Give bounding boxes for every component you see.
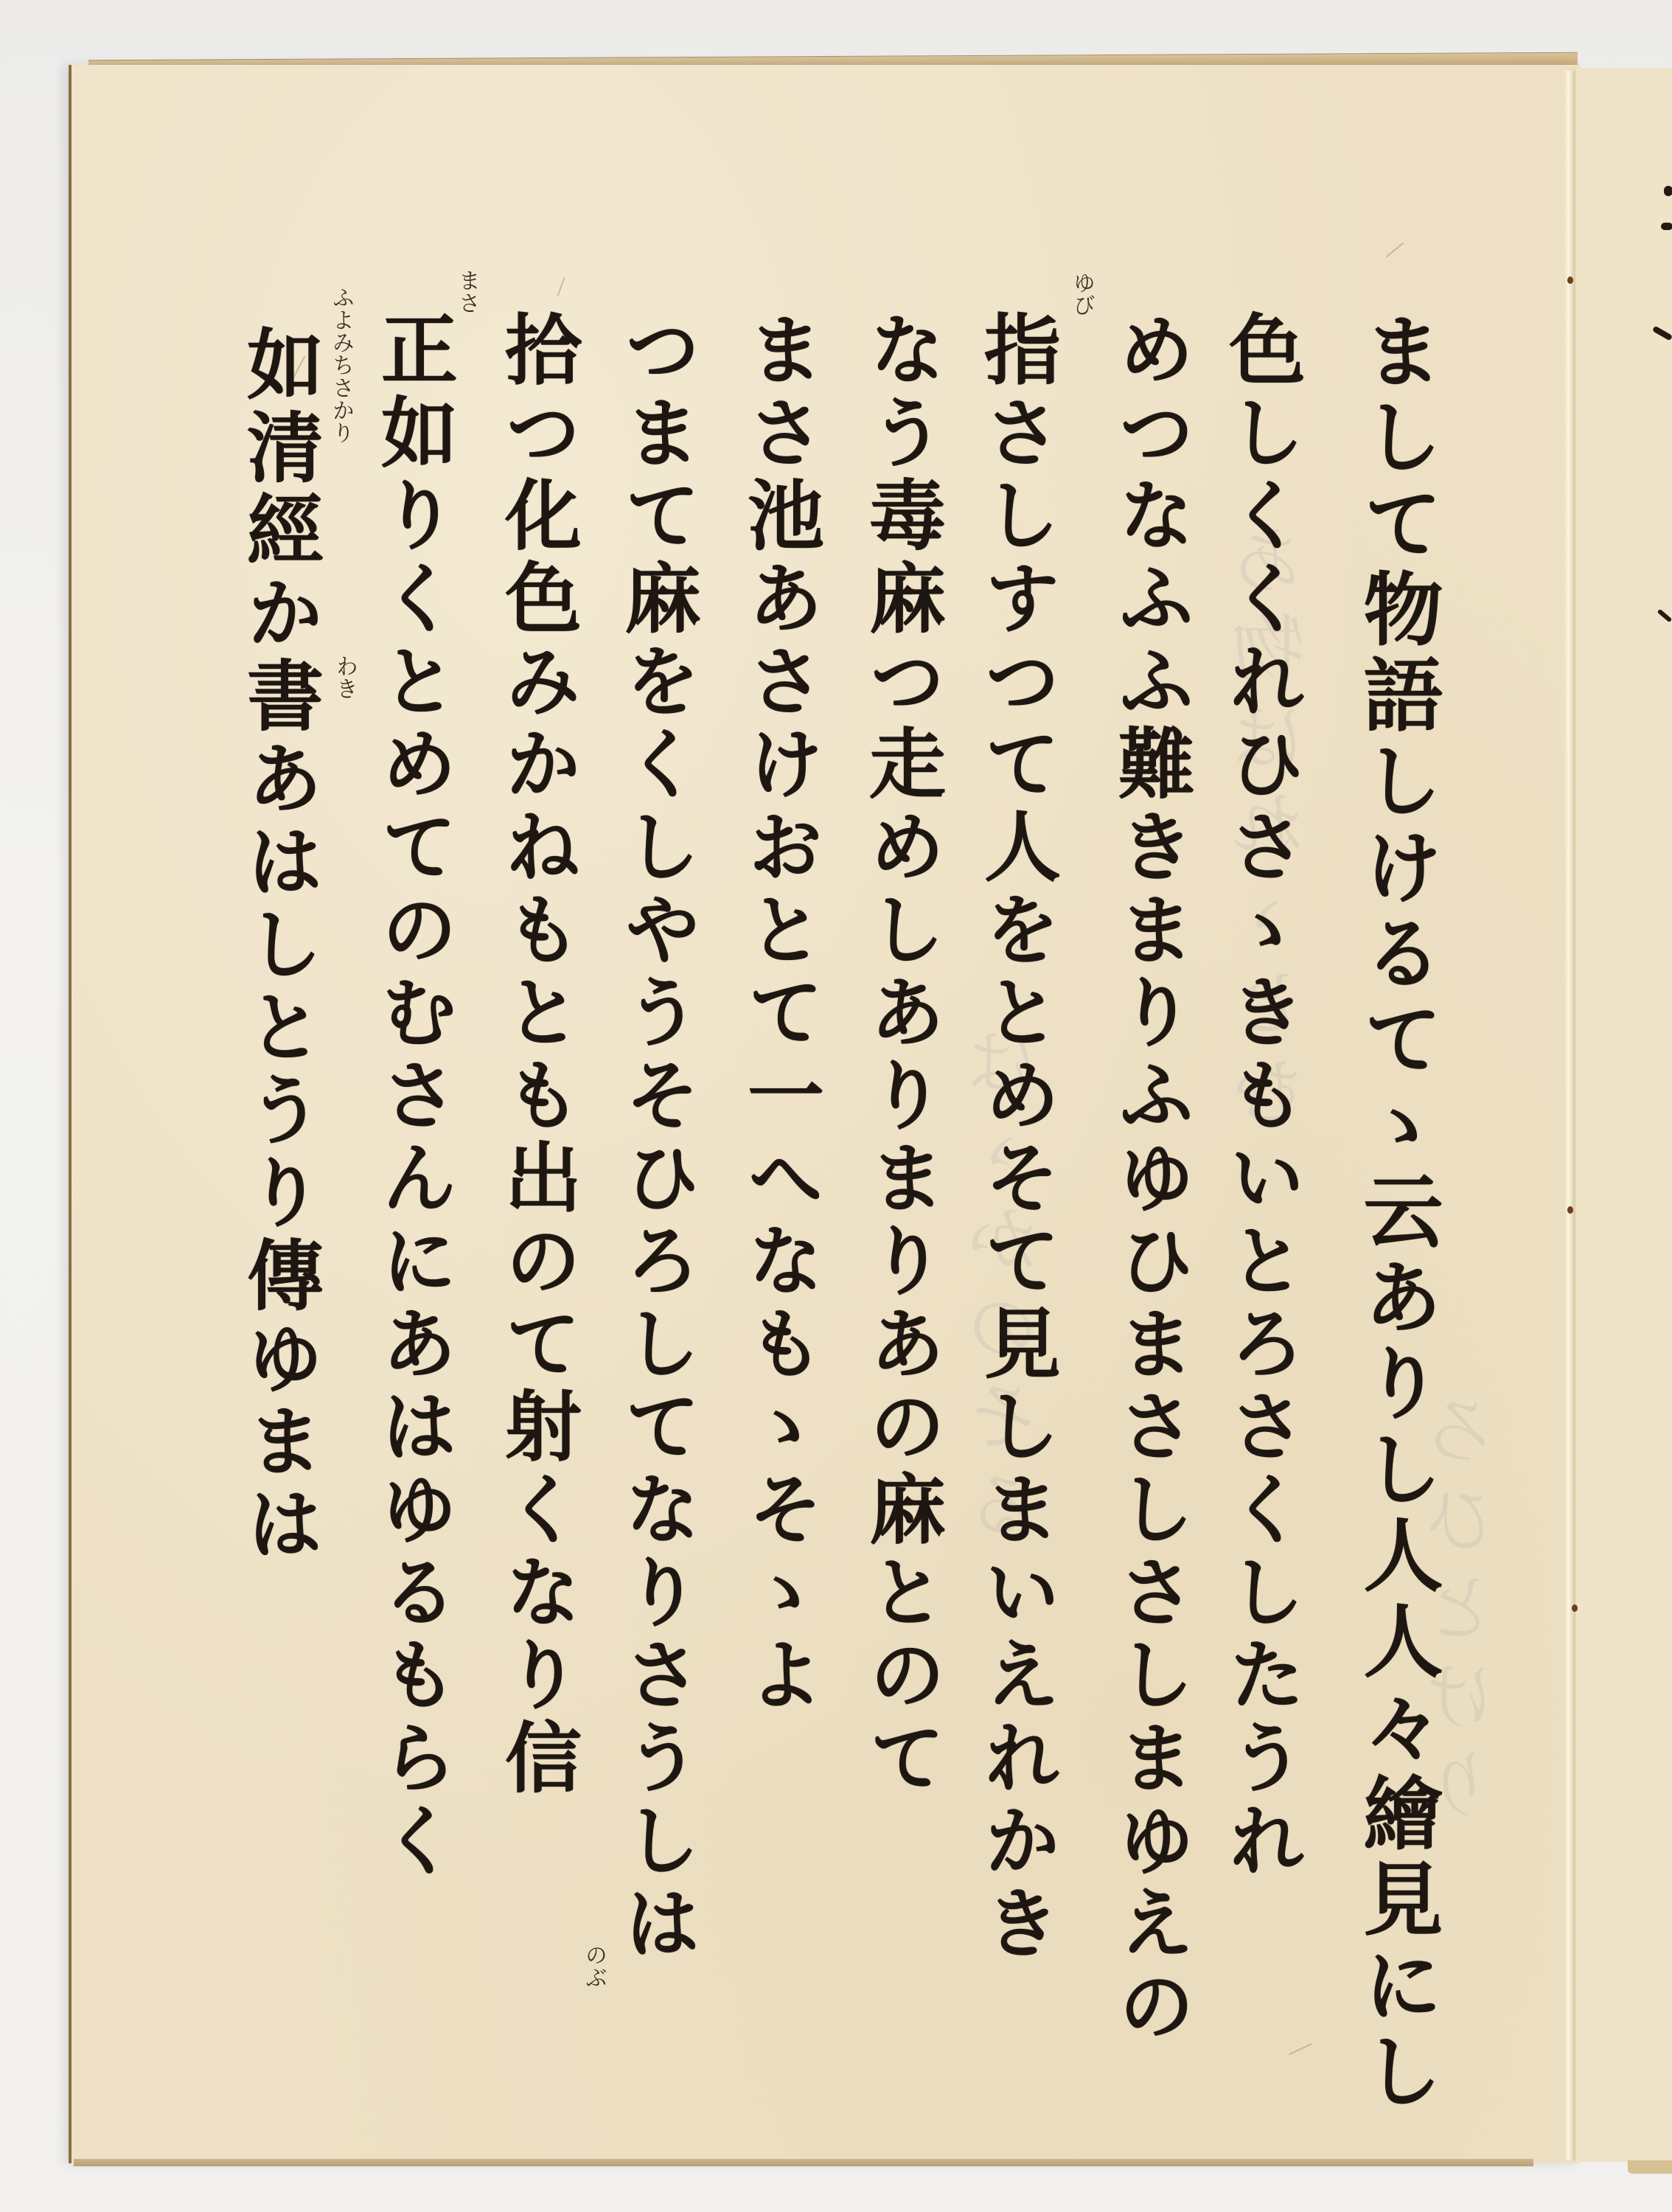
calligraphy-column-8: 拾つ化色みかねもとも出のて射くなり信 [498,310,575,1801]
furigana-annotation: ふよみちさかり [330,286,352,444]
facing-page-edge [1575,68,1672,2162]
calligraphy-column-3: めつなふふ難きまりふゆひまさしさしまゆえの [1112,310,1188,2049]
calligraphy-column-5: なう毒麻つ走めしありまりあの麻とのて [863,310,939,1801]
facing-page-ink-stroke [1664,186,1672,196]
book-gutter-fold [1564,71,1575,2160]
facing-page-ink-stroke [1657,609,1672,623]
calligraphy-column-4: 指さしすつて人をとめそて見しまいえれかき [978,310,1054,1966]
calligraphy-column-9: 正如りくとめてのむさんにあはゆるもらく [375,310,451,1883]
paper-fiber [1386,243,1404,258]
furigana-annotation: ゆび [1070,271,1093,316]
binding-hole [1567,276,1573,284]
page-bottom-edge [74,2159,1533,2166]
furigana-annotation: のぶ [582,1944,605,1989]
facing-page-ink-stroke [1661,223,1672,230]
binding-hole [1572,1604,1578,1612]
binding-hole [1567,1206,1573,1214]
calligraphy-column-1: まして物語しけるてゝ云ありし人人々繪見にし [1356,310,1436,2115]
calligraphy-column-6: まさ池あさけおとて一へなもゝそゝよ [741,310,818,1717]
furigana-annotation: まさ [456,269,478,314]
calligraphy-column-10: 如清經か書あはしとうり傳ゆまは [240,324,317,1567]
paper-fiber [557,277,565,297]
paper-fiber [1289,2043,1312,2055]
furigana-annotation: わき [333,655,355,700]
facing-page-ink-stroke [1652,326,1672,341]
calligraphy-column-2: 色しくくれひさゝきもいとろさくしたうれ [1222,310,1299,1883]
calligraphy-column-7: つまて麻をくしやうそひろしてなりさうしは [618,310,694,1966]
facing-page-bottom-edge [1628,2160,1672,2174]
